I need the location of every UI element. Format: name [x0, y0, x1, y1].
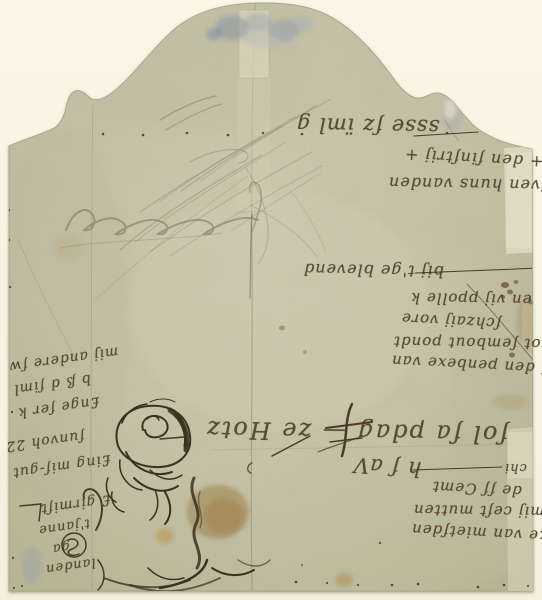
- inscription-top-right-line3: blijven huns vanden: [388, 174, 542, 193]
- inscription-low-right-amount: h ſ aV: [352, 454, 422, 480]
- inscription-low-right-line1: de ſſ Cemt: [432, 479, 522, 499]
- inscription-left-col-monogram-label: ga: [51, 540, 71, 555]
- inscription-low-right-line-end: chi: [504, 461, 527, 474]
- inscription-low-right-line2: mij ceſt mutten: [413, 502, 542, 519]
- inscription-mid-right-line1: en vij ppolle k: [410, 290, 532, 307]
- inscription-mid-right-line2: ſchzaij vore: [401, 310, 502, 330]
- inscription-top-right-amount: ssse ſz ïml g: [296, 114, 440, 137]
- inscription-mid-right-heading: bij t'ge blevend: [303, 261, 444, 279]
- scan-mat-background: ssse ſz ïml g + den ſinſtrij + blijven h…: [0, 0, 542, 600]
- inscription-center-large: ſol ſa pdag — ze Hotz: [205, 417, 509, 446]
- inscription-mid-right-line3: tot ſembout pondt: [393, 334, 542, 352]
